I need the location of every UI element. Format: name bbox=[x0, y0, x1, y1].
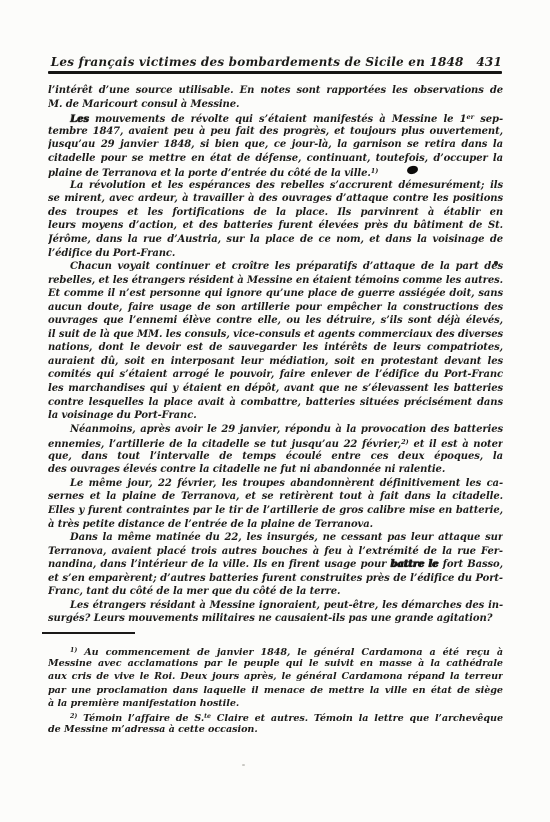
footnote-marker: 2) bbox=[401, 438, 409, 446]
text-segment: auraient dû, soit en interposant leur mé… bbox=[48, 356, 503, 367]
text-segment: aux cris de vive le Roi. Deux jours aprè… bbox=[48, 671, 503, 682]
running-header-title: Les français victimes des bombardements … bbox=[48, 55, 466, 69]
text-line: comités qui s’étaient arrogé le pouvoir,… bbox=[48, 368, 503, 382]
paragraph: 2) Témoin l’affaire de S.te Claire et au… bbox=[48, 710, 503, 736]
text-line: des ouvrages élevés contre la citadelle … bbox=[48, 463, 503, 477]
running-header: Les français victimes des bombardements … bbox=[48, 55, 502, 69]
text-segment: mouvements de révolte qui s’étaient mani… bbox=[89, 114, 467, 125]
footnotes: 1) Au commencement de janvier 1848, le g… bbox=[48, 644, 503, 736]
text-segment: citadelle pour se mettre en état de défe… bbox=[48, 153, 503, 164]
text-line: 2) Témoin l’affaire de S.te Claire et au… bbox=[48, 710, 503, 723]
paragraph: l’intérêt d’une source utilisable. En no… bbox=[48, 84, 503, 111]
text-line: et s’en emparèrent; d’autres batteries f… bbox=[48, 572, 503, 586]
text-line: la voisinage du Port-Franc. bbox=[48, 409, 503, 423]
paragraph: Les mouvements de révolte qui s’étaient … bbox=[48, 111, 503, 179]
text-line: ouvrages que l’ennemi élève contre elle,… bbox=[48, 314, 503, 328]
text-segment: Chacun voyait continuer et croître les p… bbox=[70, 261, 503, 272]
text-line: surgés? Leurs mouvements militaires ne c… bbox=[48, 612, 503, 626]
paragraph: Les étrangers résidant à Messine ignorai… bbox=[48, 599, 503, 626]
text-line: tembre 1847, avaient peu à peu fait des … bbox=[48, 125, 503, 139]
text-line: Néanmoins, après avoir le 29 janvier, ré… bbox=[48, 423, 503, 437]
text-segment: des troupes et les fortifications de la … bbox=[48, 207, 503, 220]
paragraph: Dans la même matinée du 22, les insurgés… bbox=[48, 531, 503, 599]
text-segment: plaine de Terranova et la porte d’entrée… bbox=[48, 168, 371, 179]
text-segment: Dans la même matinée du 22, les insurgés… bbox=[70, 532, 503, 543]
paper-speck-mark bbox=[242, 764, 245, 766]
text-segment: par une proclamation dans laquelle il me… bbox=[48, 685, 503, 696]
text-line: à la première manifestation hostile. bbox=[48, 697, 503, 710]
text-line: Les étrangers résidant à Messine ignorai… bbox=[48, 599, 503, 613]
text-line: aux cris de vive le Roi. Deux jours aprè… bbox=[48, 670, 503, 683]
text-line: ennemies, l’artillerie de la citadelle s… bbox=[48, 436, 503, 450]
text-segment: sernes et la plaine de Terranova, et se … bbox=[48, 491, 503, 502]
page-number: 431 bbox=[476, 55, 502, 69]
text-line: des troupes et les fortifications de la … bbox=[48, 206, 503, 220]
text-line: sernes et la plaine de Terranova, et se … bbox=[48, 490, 503, 504]
text-line: Elles y furent contraintes par le tir de… bbox=[48, 504, 503, 518]
text-line: rebelles, et les étrangers résident à Me… bbox=[48, 274, 503, 288]
text-segment: Claire et autres. Témoin la lettre que l… bbox=[211, 713, 503, 723]
text-segment: Messine avec acclamations par le peuple … bbox=[48, 658, 503, 669]
text-segment: se mirent, avec ardeur, à travailler à d… bbox=[48, 193, 503, 204]
text-line: jusqu’au 29 janvier 1848, si bien que, c… bbox=[48, 138, 503, 152]
paragraph: 1) Au commencement de janvier 1848, le g… bbox=[48, 644, 503, 710]
footnote-marker: te bbox=[204, 713, 211, 720]
text-segment: La révolution et les espérances des rebe… bbox=[70, 180, 503, 191]
text-line: Le même jour, 22 février, les troupes ab… bbox=[48, 477, 503, 491]
text-line: Les mouvements de révolte qui s’étaient … bbox=[48, 111, 503, 125]
text-segment: Néanmoins, après avoir le 29 janvier, ré… bbox=[70, 424, 503, 435]
text-segment: et s’en emparèrent; d’autres batteries f… bbox=[48, 573, 503, 584]
text-segment: surgés? Leurs mouvements militaires ne c… bbox=[48, 613, 492, 624]
text-segment: à très petite distance de l’entrée de la… bbox=[48, 519, 373, 530]
text-segment: que, dans tout l’intervalle de temps éco… bbox=[48, 451, 503, 464]
footnote-marker: er bbox=[466, 113, 474, 121]
text-line: à très petite distance de l’entrée de la… bbox=[48, 518, 503, 532]
text-segment: nandina, dans l’intérieur de la ville. I… bbox=[48, 559, 391, 570]
text-line: il suit de là que MM. les consuls, vice-… bbox=[48, 328, 503, 342]
text-segment: Jérôme, dans la rue d’Austria, sur la pl… bbox=[48, 234, 503, 245]
text-segment: M. de Maricourt consul à Messine. bbox=[48, 99, 239, 110]
text-line: aucun doute, faire usage de son artiller… bbox=[48, 301, 503, 315]
text-line: plaine de Terranova et la porte d’entrée… bbox=[48, 165, 503, 179]
header-rule bbox=[48, 71, 502, 74]
text-line: se mirent, avec ardeur, à travailler à d… bbox=[48, 192, 503, 206]
text-segment: ennemies, l’artillerie de la citadelle s… bbox=[48, 439, 401, 450]
text-segment: à la première manifestation hostile. bbox=[48, 698, 239, 709]
text-segment: il suit de là que MM. les consuls, vice-… bbox=[48, 329, 503, 340]
text-segment: rebelles, et les étrangers résident à Me… bbox=[48, 275, 503, 286]
text-segment: Au commencement de janvier 1848, le géné… bbox=[77, 647, 503, 657]
text-line: Terranova, avaient placé trois autres bo… bbox=[48, 545, 503, 559]
text-segment: l’intérêt d’une source utilisable. En no… bbox=[48, 85, 503, 96]
text-line: Dans la même matinée du 22, les insurgés… bbox=[48, 531, 503, 545]
text-line: les marchandises qui y étaient en dépôt,… bbox=[48, 382, 503, 396]
text-segment: Le même jour, 22 février, les troupes ab… bbox=[70, 478, 503, 489]
text-segment: de Messine m’adressa à cette occasion. bbox=[48, 724, 258, 735]
text-line: nations, dont le devoir est de sauvegard… bbox=[48, 341, 503, 355]
text-line: M. de Maricourt consul à Messine. bbox=[48, 98, 503, 112]
text-segment: comités qui s’étaient arrogé le pouvoir,… bbox=[48, 369, 503, 380]
text-segment: la voisinage du Port-Franc. bbox=[48, 410, 197, 421]
text-segment: Elles y furent contraintes par le tir de… bbox=[48, 505, 503, 516]
text-line: de Messine m’adressa à cette occasion. bbox=[48, 723, 503, 736]
text-line: que, dans tout l’intervalle de temps éco… bbox=[48, 450, 503, 464]
text-line: Messine avec acclamations par le peuple … bbox=[48, 657, 503, 670]
text-segment: tembre 1847, avaient peu à peu fait des … bbox=[48, 126, 503, 137]
text-line: Et comme il n’est personne qui ignore qu… bbox=[48, 287, 503, 301]
footnote-rule bbox=[42, 632, 135, 634]
paragraph: Chacun voyait continuer et croître les p… bbox=[48, 260, 503, 423]
text-segment: leurs moyens d’action, et des batteries … bbox=[48, 220, 503, 231]
text-segment: Les bbox=[70, 114, 89, 125]
text-line: citadelle pour se mettre en état de défe… bbox=[48, 152, 503, 166]
text-line: auraient dû, soit en interposant leur mé… bbox=[48, 355, 503, 369]
text-line: 1) Au commencement de janvier 1848, le g… bbox=[48, 644, 503, 657]
paragraph: Néanmoins, après avoir le 29 janvier, ré… bbox=[48, 423, 503, 477]
text-line: Jérôme, dans la rue d’Austria, sur la pl… bbox=[48, 233, 503, 247]
text-line: leurs moyens d’action, et des batteries … bbox=[48, 219, 503, 233]
text-segment: des ouvrages élevés contre la citadelle … bbox=[48, 464, 445, 475]
text-segment: les marchandises qui y étaient en dépôt,… bbox=[48, 383, 503, 394]
text-segment: sep- bbox=[474, 114, 503, 125]
text-segment: contre lesquelles la place avait à comba… bbox=[48, 397, 503, 408]
text-segment: l’édifice du Port-Franc. bbox=[48, 248, 175, 259]
text-segment: nations, dont le devoir est de sauvegard… bbox=[48, 342, 503, 353]
text-segment: jusqu’au 29 janvier 1848, si bien que, c… bbox=[48, 139, 503, 150]
paragraph: Le même jour, 22 février, les troupes ab… bbox=[48, 477, 503, 531]
text-segment: fort Basso, bbox=[438, 559, 503, 570]
footnote-marker: 1) bbox=[371, 167, 379, 175]
text-line: Chacun voyait continuer et croître les p… bbox=[48, 260, 503, 274]
text-line: par une proclamation dans laquelle il me… bbox=[48, 684, 503, 697]
book-page: Les français victimes des bombardements … bbox=[0, 0, 550, 822]
text-segment: ouvrages que l’ennemi élève contre elle,… bbox=[48, 315, 503, 326]
paragraph: La révolution et les espérances des rebe… bbox=[48, 179, 503, 260]
text-line: l’édifice du Port-Franc. bbox=[48, 247, 503, 261]
text-line: La révolution et les espérances des rebe… bbox=[48, 179, 503, 193]
margin-dot-mark bbox=[494, 261, 498, 265]
text-line: Franc, tant du côté de la mer que du côt… bbox=[48, 585, 503, 599]
text-line: nandina, dans l’intérieur de la ville. I… bbox=[48, 558, 503, 572]
text-segment: Terranova, avaient placé trois autres bo… bbox=[48, 546, 503, 557]
text-segment: et il est à noter bbox=[409, 439, 503, 450]
text-segment: aucun doute, faire usage de son artiller… bbox=[48, 302, 503, 313]
text-segment: Et comme il n’est personne qui ignore qu… bbox=[48, 288, 503, 299]
text-segment: Les étrangers résidant à Messine ignorai… bbox=[70, 600, 503, 611]
body-text: l’intérêt d’une source utilisable. En no… bbox=[48, 84, 503, 626]
text-segment: battre le bbox=[391, 559, 439, 570]
text-line: contre lesquelles la place avait à comba… bbox=[48, 396, 503, 410]
text-line: l’intérêt d’une source utilisable. En no… bbox=[48, 84, 503, 98]
text-segment: Franc, tant du côté de la mer que du côt… bbox=[48, 586, 340, 597]
text-segment: Témoin l’affaire de S. bbox=[77, 713, 204, 723]
